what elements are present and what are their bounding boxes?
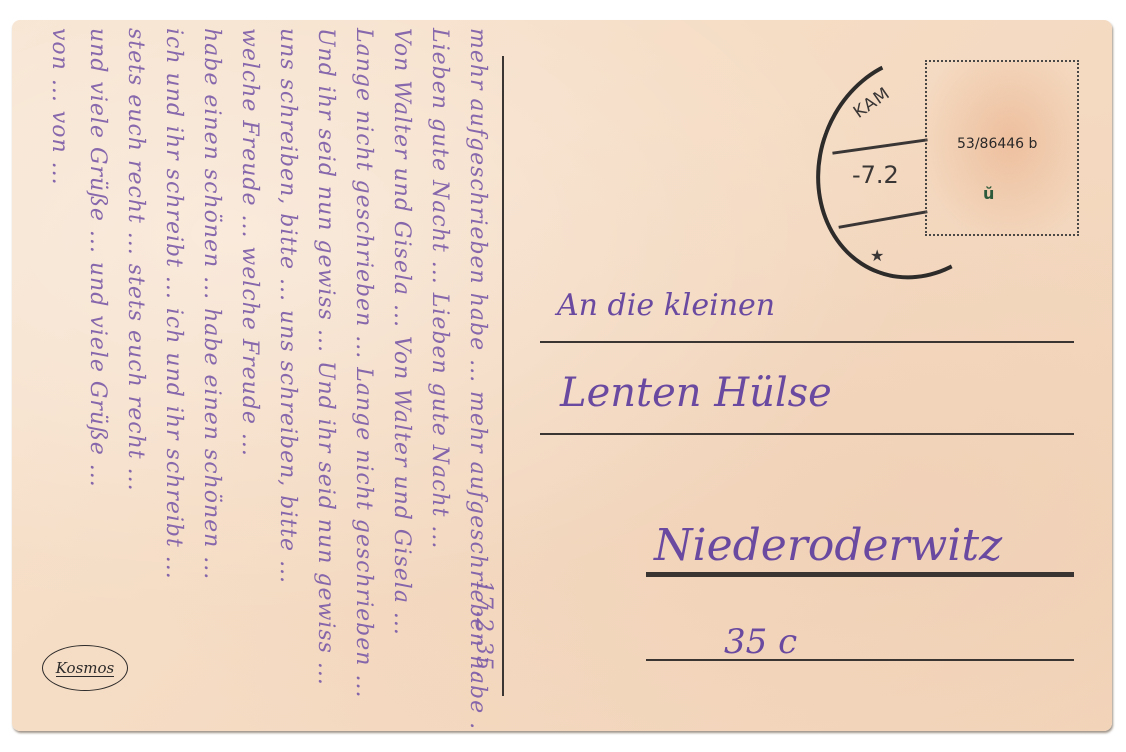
message-line: welche Freude ... welche Freude ... <box>232 28 262 728</box>
message-line: Lieben gute Nacht ... Lieben gute Nacht … <box>422 28 452 728</box>
message-line: uns schreiben, bitte ... uns schreiben, … <box>270 28 300 728</box>
message-line: habe einen schönen ... habe einen schöne… <box>194 28 224 728</box>
message-line: stets euch recht ... stets euch recht ..… <box>118 28 148 728</box>
postmark-date: -7.2 <box>852 161 899 189</box>
postcard: mehr aufgeschrieben habe ... mehr aufges… <box>12 20 1112 731</box>
logo-text: Kosmos <box>56 660 114 677</box>
message-line: Von Walter und Gisela ... Von Walter und… <box>384 28 414 728</box>
message-line: Lange nicht geschrieben ... Lange nicht … <box>346 28 376 728</box>
handwritten-message: mehr aufgeschrieben habe ... mehr aufges… <box>12 20 500 731</box>
address-line-1: An die kleinen <box>557 288 775 323</box>
message-line: ich und ihr schreibt ... ich und ihr sch… <box>156 28 186 728</box>
star-icon: ★ <box>870 246 884 265</box>
address-rule-bold <box>646 572 1074 577</box>
address-rule <box>540 433 1074 435</box>
message-date: 17.2.35. <box>466 580 496 700</box>
address-line-4: 35 c <box>724 622 797 662</box>
message-line: Und ihr seid nun gewiss ... Und ihr seid… <box>308 28 338 728</box>
message-line: von ... von ... <box>42 28 72 728</box>
address-line-3: Niederoderwitz <box>654 520 1002 571</box>
address-rule <box>646 659 1074 661</box>
message-line: und viele Grüße ... und viele Grüße ... <box>80 28 110 728</box>
address-rule <box>540 341 1074 343</box>
stamp-box: 53/86446 b ŭ <box>925 60 1079 236</box>
kosmos-logo: Kosmos <box>42 645 128 691</box>
divider-line <box>502 56 504 696</box>
stamp-mark: ŭ <box>983 184 994 203</box>
stamp-code: 53/86446 b <box>957 136 1037 152</box>
address-line-2: Lenten Hülse <box>560 370 832 416</box>
